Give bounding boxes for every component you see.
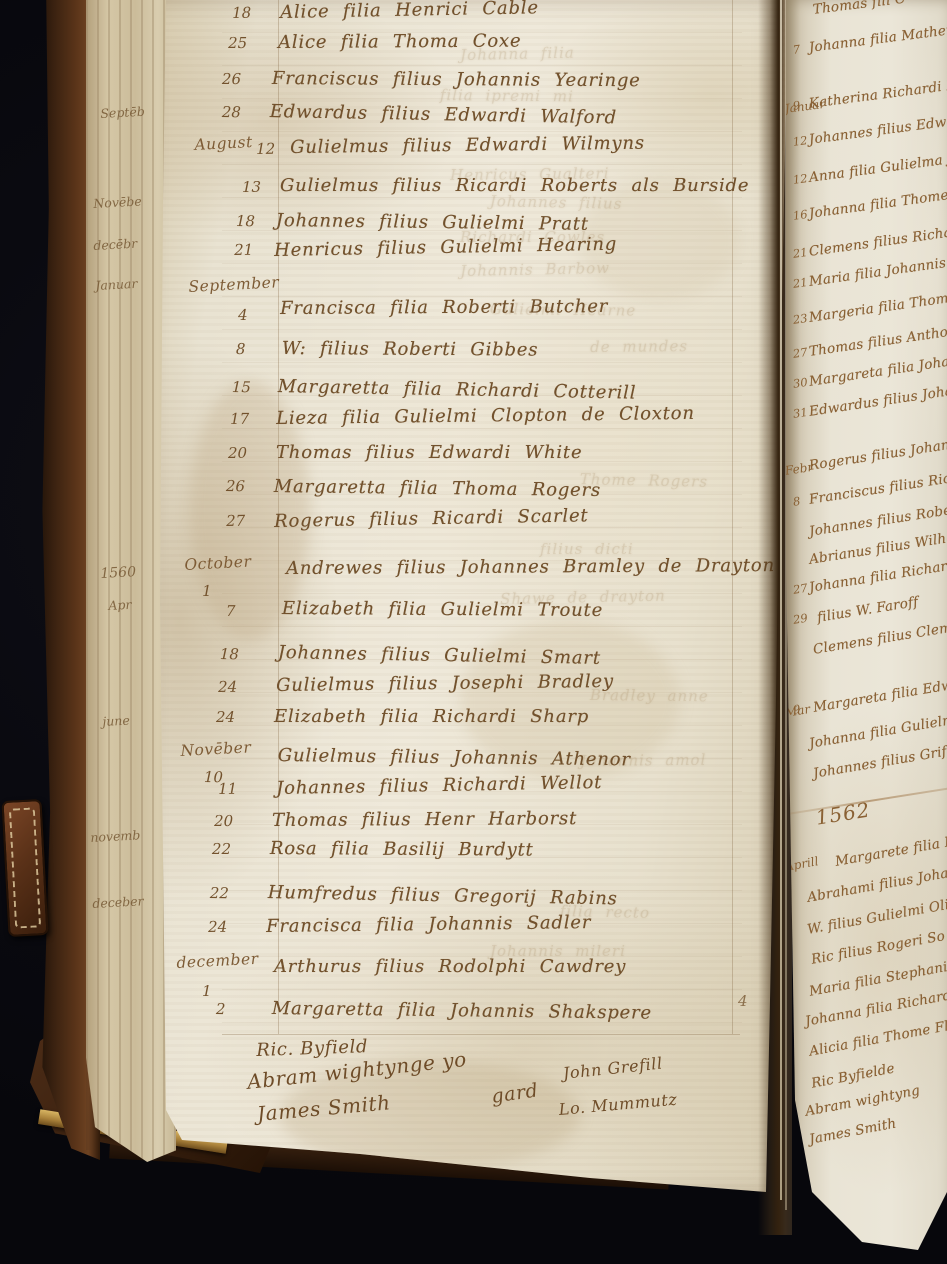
bleed-through-text: de mundes	[590, 337, 688, 356]
right-page-entry-text: James Smith	[808, 1116, 898, 1148]
right-page-entry-text: Thomas fili C	[812, 0, 906, 18]
register-entry-day: 18	[236, 212, 255, 230]
right-page-entry-day: 27	[792, 581, 809, 597]
register-entry-text: Gulielmus filius Josephi Bradley	[276, 671, 614, 696]
right-page-entry-text: Margareta filia Johan	[808, 352, 947, 389]
photo-of-parish-register-book: SeptēbNovēbedecēbrJanuar1560Aprjunenovem…	[0, 0, 947, 1264]
register-entry-day: 1	[202, 582, 212, 600]
register-entry-text: Thomas filius Edwardi White	[276, 442, 582, 463]
right-page-entry-text: Katherina Richardi Bradle	[808, 72, 947, 111]
right-page-entry-day: 8	[792, 494, 801, 509]
register-entry-text: Francisca filia Johannis Sadler	[266, 912, 591, 937]
register-entry-day: 2	[216, 1000, 226, 1018]
right-page-entry-text: Clemens filius Richardi	[808, 222, 947, 260]
edge-month-note: novemb	[90, 827, 141, 845]
register-entry-day: 17	[230, 410, 249, 428]
right-page-entry-text: Margarete filia Richard	[834, 826, 947, 870]
right-page-entry-day: 12	[792, 171, 808, 187]
right-page-entry-text: Thomas filius Anthony	[808, 322, 947, 360]
register-entry-text: Elizabeth filia Richardi Sharp	[274, 706, 589, 727]
register-entry-text: W: filius Roberti Gibbes	[282, 338, 538, 361]
register-entry-day: 13	[242, 178, 261, 196]
year-heading-1562: 1562	[814, 797, 872, 829]
register-entry-text: Arthurus filius Rodolphi Cawdrey	[274, 956, 626, 977]
right-register-page: 1562 Thomas fili C7Johanna filia Mathei …	[786, 0, 947, 1264]
register-entry-text: Rosa filia Basilij Burdytt	[270, 838, 534, 861]
right-page-entry-text: Johanna filia Mathei Bx	[808, 20, 947, 56]
right-page-entry-day: 30	[792, 375, 808, 391]
register-entry-day: 15	[232, 378, 251, 396]
right-page-entry-text: Margeria filia Thome Gh	[808, 286, 947, 326]
edge-month-note: Novēbe	[93, 193, 142, 211]
right-page-entry-day: 21	[792, 275, 808, 291]
leather-clasp-strap	[1, 799, 48, 937]
register-entry-text: Johannes filius Gulielmi Pratt	[276, 210, 589, 235]
edge-month-note: Januar	[95, 276, 138, 293]
right-page-entry-text: Margareta filia Edwards	[812, 672, 947, 716]
edge-month-note: june	[102, 713, 130, 729]
left-register-page: Johanna filiafilia ipremi miHenricus Gua…	[160, 0, 788, 1194]
right-page-entry-text: Edwardus filius Johan	[808, 382, 947, 420]
right-page-entry-text: Anna filia Gulielma Jh	[808, 150, 947, 186]
right-page-entry-text: Ric Byfielde	[810, 1060, 896, 1091]
inner-page-edge	[780, 0, 782, 1200]
signature: Ric. Byfield	[256, 1036, 368, 1061]
month-label: Novēber	[180, 738, 252, 760]
right-page-entry-text: Rogerus filius Johannis B	[808, 432, 947, 474]
register-entry-day: 25	[228, 34, 247, 52]
register-entry-day: 24	[216, 708, 235, 726]
right-page-entry-text: Abrahami filius Johannis B	[806, 858, 947, 906]
register-entry-day: 22	[212, 840, 231, 858]
register-entry-day: 4	[238, 306, 248, 324]
right-page-entry-day: 7	[792, 42, 801, 57]
register-entry-day: 26	[222, 70, 241, 88]
right-page-entry-text: filius W. Faroff	[816, 594, 919, 626]
register-entry-day: 7	[226, 602, 236, 620]
register-entry-text: Francisca filia Roberti Butcher	[280, 296, 608, 319]
right-page-entry-text: Franciscus filius Rich	[808, 469, 947, 508]
register-entry-day: 27	[226, 512, 245, 530]
edge-month-note: 1560	[100, 564, 136, 582]
register-entry-day: 8	[236, 340, 246, 358]
right-page-entry-text: Johanna filia Thome Har	[808, 183, 947, 222]
register-entry-text: Thomas filius Henr Harborst	[272, 808, 577, 831]
marginal-mark: 4	[738, 992, 748, 1010]
register-entry-day: 11	[218, 780, 237, 798]
register-entry-day: 18	[220, 645, 239, 663]
right-page-entry-day: 27	[792, 345, 808, 361]
register-entry-day: 1	[202, 982, 212, 1000]
right-page-entry-day: 23	[792, 311, 808, 327]
register-entry-text: Franciscus filius Johannis Yearinge	[272, 68, 641, 91]
register-entry-text: Margaretta filia Thoma Rogers	[274, 476, 601, 501]
register-entry-day: 21	[234, 241, 253, 259]
register-entry-text: Gulielmus filius Ricardi Roberts als Bur…	[280, 175, 749, 196]
edge-month-note: Apr	[108, 597, 132, 613]
right-page-entry-text: Johannes filius Edward Ja	[808, 109, 947, 148]
register-entry-day: 20	[228, 444, 247, 462]
bleed-through-text: Johannis Barbow	[460, 259, 610, 280]
register-entry-day: 18	[232, 4, 251, 22]
register-entry-day: 24	[218, 678, 237, 696]
month-label: October	[184, 552, 252, 573]
register-entry-text: Gulielmus filius Edwardi Wilmyns	[290, 133, 645, 158]
edge-month-note: Septēb	[100, 104, 145, 121]
right-page-entry-day: 31	[792, 405, 809, 421]
register-entry-day: 12	[256, 140, 275, 158]
edge-month-note: deceber	[92, 893, 144, 911]
right-page-entry-day: 29	[792, 611, 809, 627]
register-entry-day: 26	[226, 477, 245, 495]
register-entry-day: 20	[214, 812, 233, 830]
ruled-line-right	[732, 0, 733, 1034]
register-entry-day: 22	[210, 884, 229, 902]
ruled-line-bottom	[222, 1034, 740, 1035]
register-entry-text: Elizabeth filia Gulielmi Troute	[282, 598, 603, 621]
register-entry-text: Alice filia Thoma Coxe	[278, 31, 521, 53]
edge-month-note: decēbr	[93, 236, 138, 253]
right-page-entry-day: 16	[792, 207, 808, 223]
register-entry-day: 28	[222, 103, 241, 121]
right-page-entry-day: 12	[792, 133, 808, 149]
register-entry-text: Andrewes filius Johannes Bramley de Dray…	[286, 555, 775, 579]
month-label: August	[194, 133, 253, 154]
register-entry-text: Gulielmus filius Johannis Athenor	[278, 745, 631, 770]
right-page-entry-day: 21	[792, 245, 808, 261]
register-entry-day: 24	[208, 918, 227, 936]
